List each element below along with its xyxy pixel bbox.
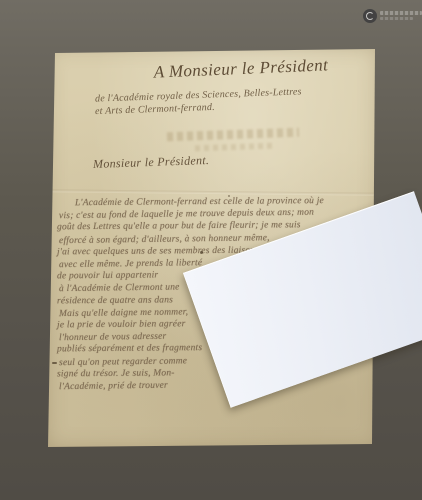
watermark-text-line-2 <box>380 17 413 20</box>
watermark-logo-icon <box>363 9 377 23</box>
letter-heading-line1: A Monsieur le Président <box>119 54 364 84</box>
letter-salutation: Monsieur le Président. <box>93 153 210 172</box>
ink-speck <box>228 195 230 197</box>
watermark-text-lines <box>380 9 422 20</box>
ink-bleedthrough <box>195 143 275 152</box>
watermark-text-line-1 <box>380 11 422 15</box>
photo-background: A Monsieur le Président de l'Académie ro… <box>0 0 422 500</box>
ink-speck <box>52 362 57 364</box>
ink-bleedthrough <box>167 128 299 142</box>
watermark <box>363 9 422 23</box>
letter-heading-line3: et Arts de Clermont-ferrand. <box>95 102 215 117</box>
ink-speck <box>200 251 203 254</box>
